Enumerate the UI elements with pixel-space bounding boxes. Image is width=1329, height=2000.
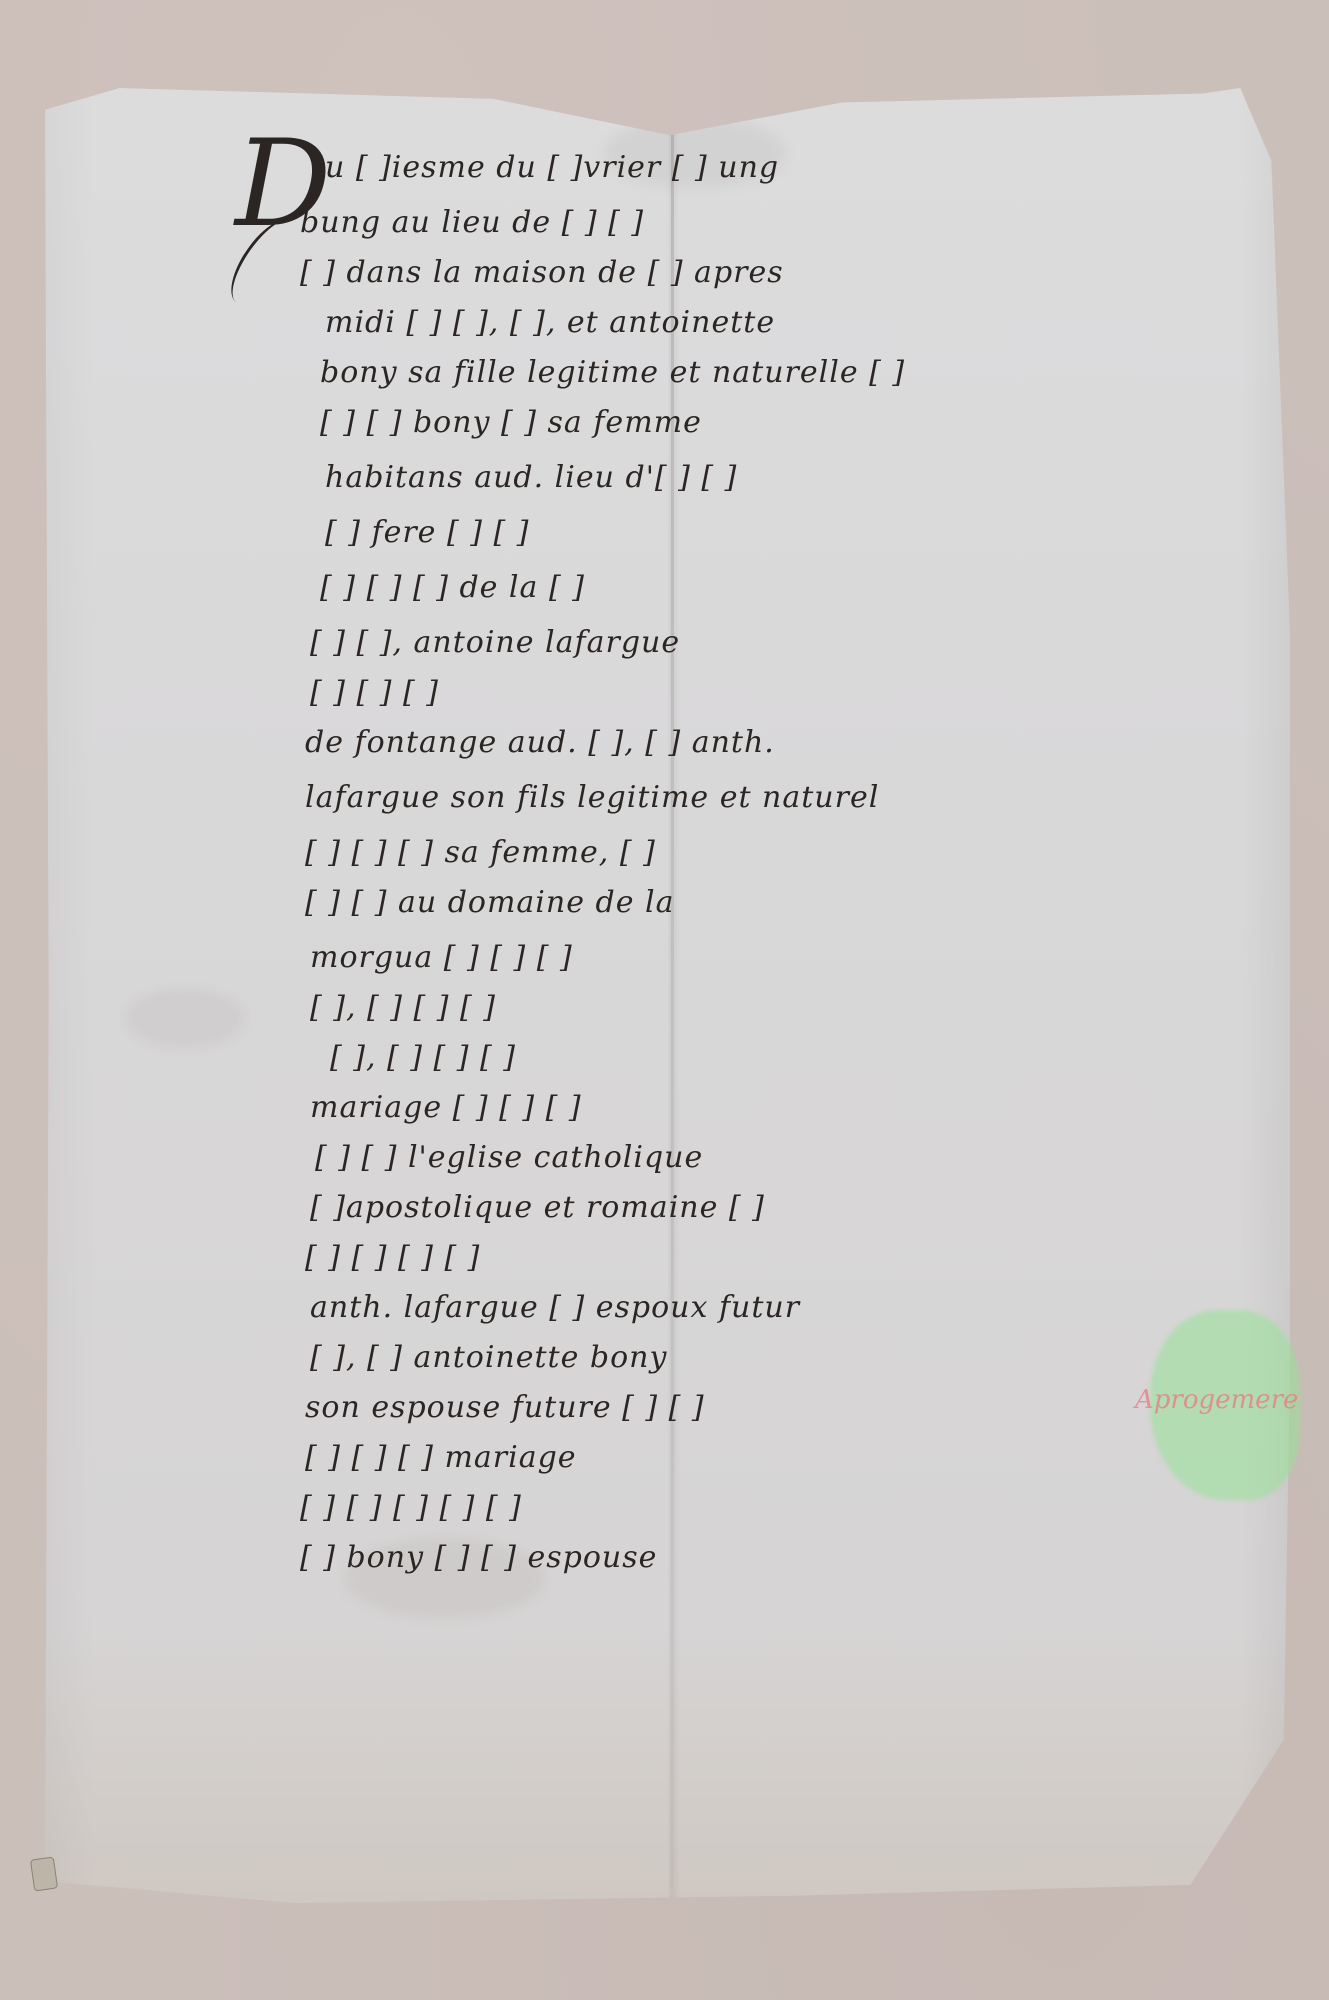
text-line: [ ] [ ] [ ] de la [ ] [320, 570, 585, 605]
handwritten-text: u [ ]iesme du [ ]vrier [ ] ung bung au l… [0, 0, 1329, 2000]
text-line: [ ] [ ] au domaine de la [305, 885, 674, 920]
text-line: [ ] fere [ ] [ ] [325, 515, 529, 550]
text-line: bung au lieu de [ ] [ ] [300, 205, 644, 240]
text-line: [ ] dans la maison de [ ] apres [300, 255, 784, 290]
text-line: [ ] [ ] bony [ ] sa femme [320, 405, 702, 440]
text-line: [ ] [ ] [ ] sa femme, [ ] [305, 835, 656, 870]
text-line: anth. lafargue [ ] espoux futur [310, 1290, 800, 1325]
text-line: lafargue son fils legitime et naturel [305, 780, 879, 815]
text-line: [ ] [ ] [ ] [310, 675, 439, 710]
text-line: midi [ ] [ ], [ ], et antoinette [325, 305, 775, 340]
text-line: mariage [ ] [ ] [ ] [310, 1090, 582, 1125]
text-line: [ ], [ ] antoinette bony [310, 1340, 667, 1375]
text-line: [ ] [ ] [ ] [ ] [305, 1240, 480, 1275]
text-line: [ ]apostolique et romaine [ ] [310, 1190, 765, 1225]
text-line: bony sa fille legitime et naturelle [ ] [320, 355, 905, 390]
text-line: [ ], [ ] [ ] [ ] [310, 990, 496, 1025]
text-line: [ ] [ ], antoine lafargue [310, 625, 680, 660]
text-line: u [ ]iesme du [ ]vrier [ ] ung [325, 150, 779, 185]
text-line: [ ], [ ] [ ] [ ] [330, 1040, 516, 1075]
text-line: [ ] [ ] l'eglise catholique [315, 1140, 703, 1175]
text-line: morgua [ ] [ ] [ ] [310, 940, 573, 975]
text-line: habitans aud. lieu d'[ ] [ ] [325, 460, 737, 495]
stamp-label: Aprogemere [1135, 1385, 1298, 1415]
corner-clip [30, 1856, 58, 1891]
text-line: [ ] [ ] [ ] mariage [305, 1440, 577, 1475]
text-line: [ ] bony [ ] [ ] espouse [300, 1540, 657, 1575]
text-line: [ ] [ ] [ ] [ ] [ ] [300, 1490, 522, 1525]
text-line: de fontange aud. [ ], [ ] anth. [305, 725, 775, 760]
text-line: son espouse future [ ] [ ] [305, 1390, 705, 1425]
